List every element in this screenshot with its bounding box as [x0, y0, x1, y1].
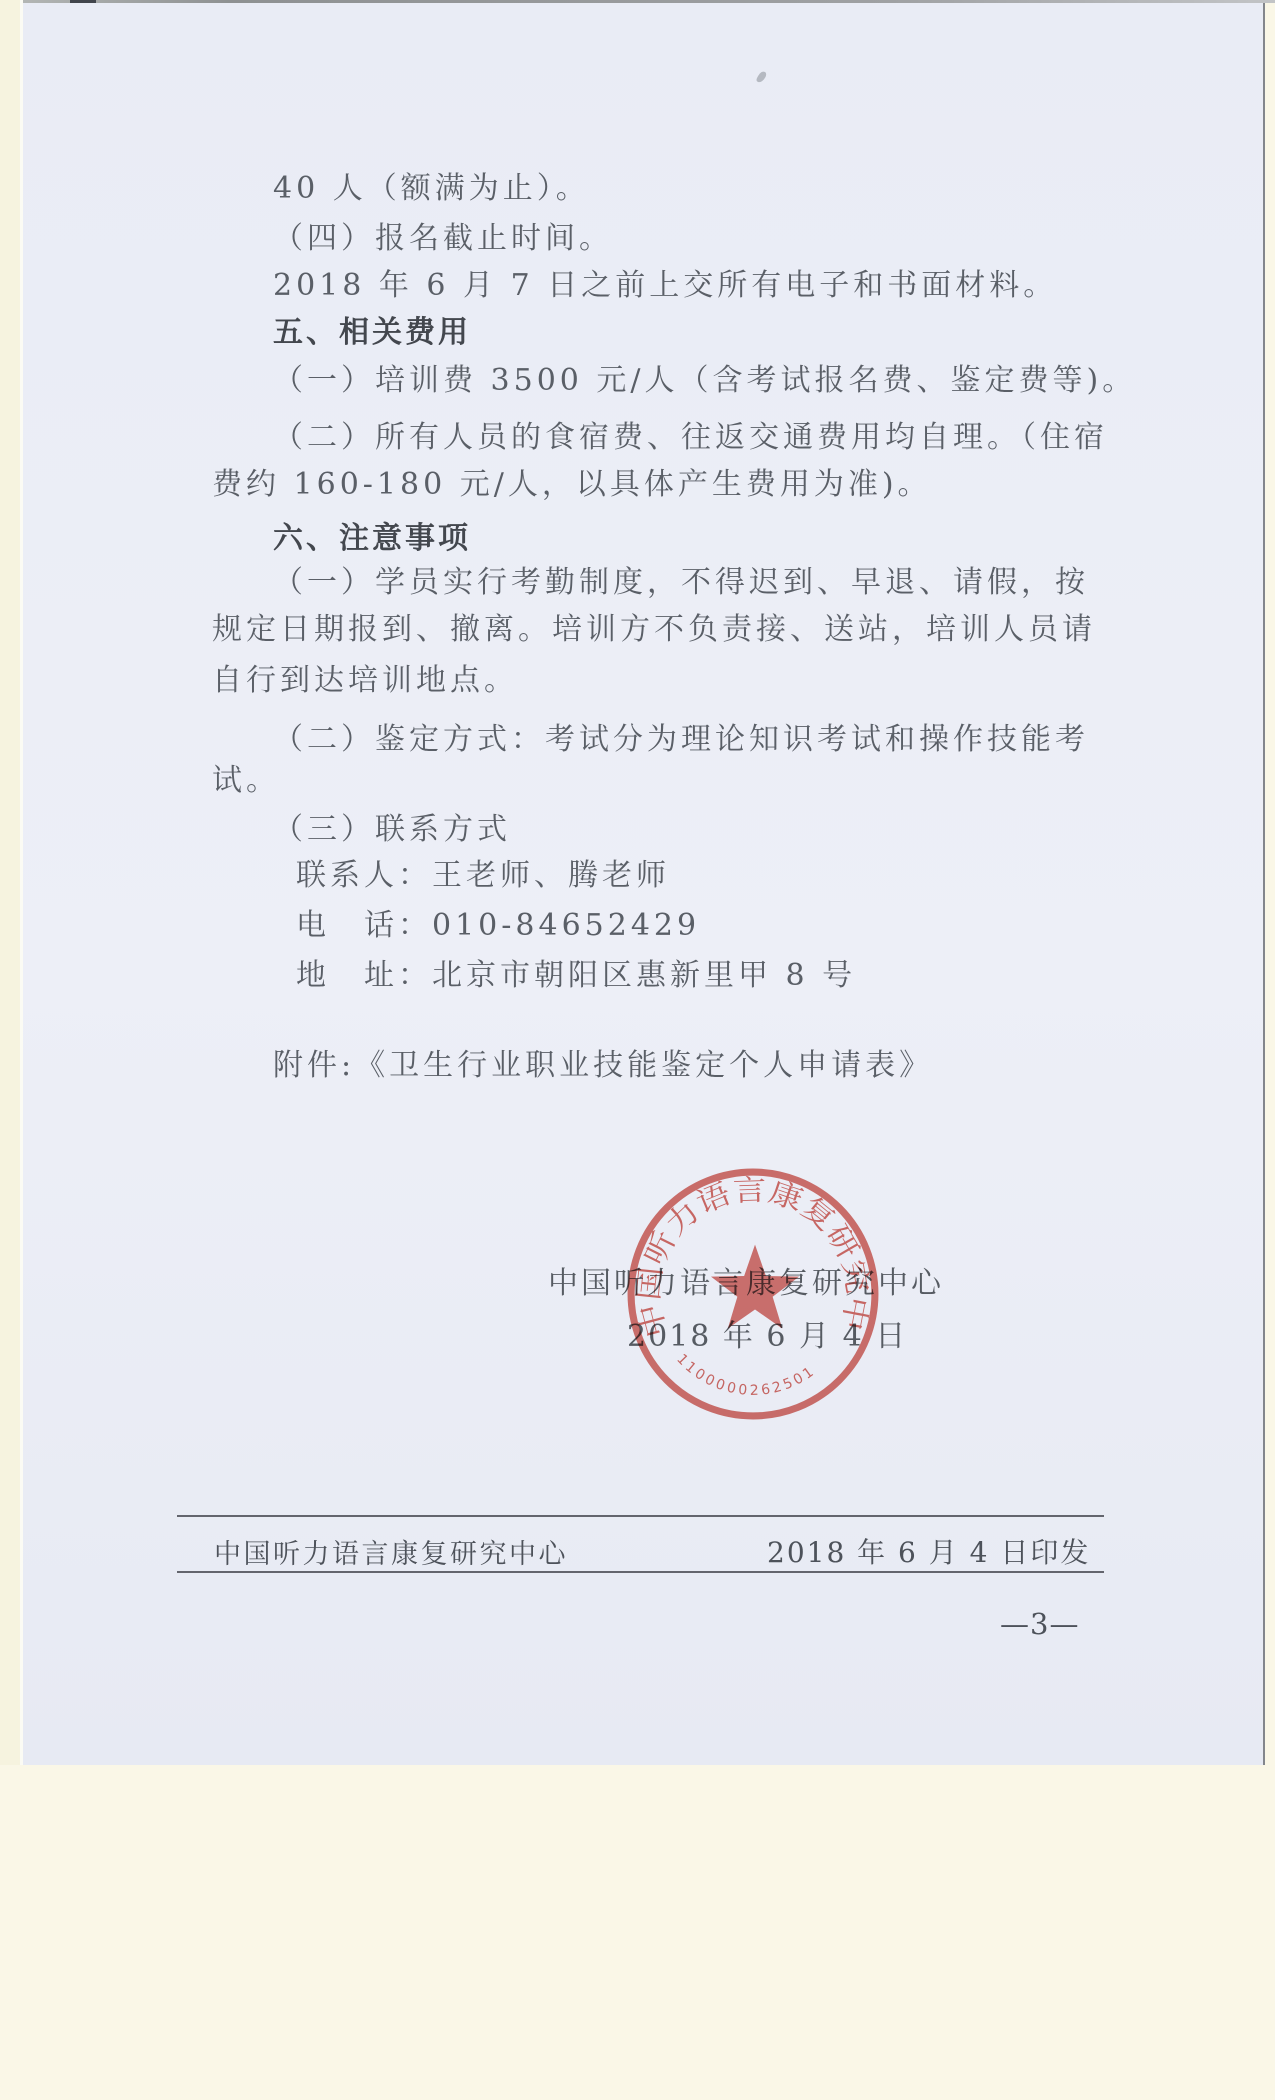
document-line: （四）报名截止时间。: [273, 222, 613, 256]
document-line: 2018 年 6 月 7 日之前上交所有电子和书面材料。: [273, 269, 1057, 303]
document-line: （一）培训费 3500 元/人（含考试报名费、鉴定费等)。: [273, 364, 1136, 398]
document-line: 规定日期报到、撤离。培训方不负责接、送站，培训人员请: [212, 613, 1096, 647]
seal-serial: 1100000262501: [673, 1351, 819, 1399]
document-line: （一）学员实行考勤制度，不得迟到、早退、请假，按: [273, 566, 1089, 600]
star-icon: [711, 1245, 799, 1329]
document-line: 费约 160-180 元/人，以具体产生费用为准)。: [212, 468, 932, 502]
document-page: 40 人（额满为止）。（四）报名截止时间。2018 年 6 月 7 日之前上交所…: [23, 3, 1265, 1765]
page-number: —3—: [1000, 1607, 1079, 1641]
seal-org-text: 中国听力语言康复研究中心: [622, 1163, 875, 1341]
document-line: 联系人：王老师、腾老师: [296, 859, 670, 893]
document-line: 六、注意事项: [273, 522, 471, 556]
scan-artifact-speck: [756, 70, 768, 84]
footer-org: 中国听力语言康复研究中心: [214, 1532, 568, 1571]
document-line: 五、相关费用: [273, 316, 471, 350]
document-line: 电 话：010-84652429: [296, 909, 700, 943]
official-seal: 中国听力语言康复研究中心 1100000262501: [622, 1163, 884, 1425]
document-line: 自行到达培训地点。: [212, 664, 518, 698]
document-line: 地 址：北京市朝阳区惠新里甲 8 号: [296, 959, 856, 993]
document-line: 40 人（额满为止）。: [273, 172, 590, 206]
footer-rule-top: [177, 1515, 1104, 1517]
footer-print-date: 2018 年 6 月 4 日印发: [767, 1531, 1090, 1571]
scanned-document: { "document": { "body_lines": [ "40 人（额满…: [0, 0, 1275, 2100]
document-line: 附件:《卫生行业职业技能鉴定个人申请表》: [273, 1049, 933, 1083]
document-line: （二）鉴定方式：考试分为理论知识考试和操作技能考: [273, 723, 1089, 757]
scanner-left-strip: [0, 0, 23, 1765]
footer-rule-bottom: [177, 1571, 1104, 1573]
document-line: （三）联系方式: [273, 813, 511, 847]
document-line: （二）所有人员的食宿费、往返交通费用均自理。（住宿: [273, 421, 1108, 455]
document-line: 试。: [212, 764, 280, 798]
